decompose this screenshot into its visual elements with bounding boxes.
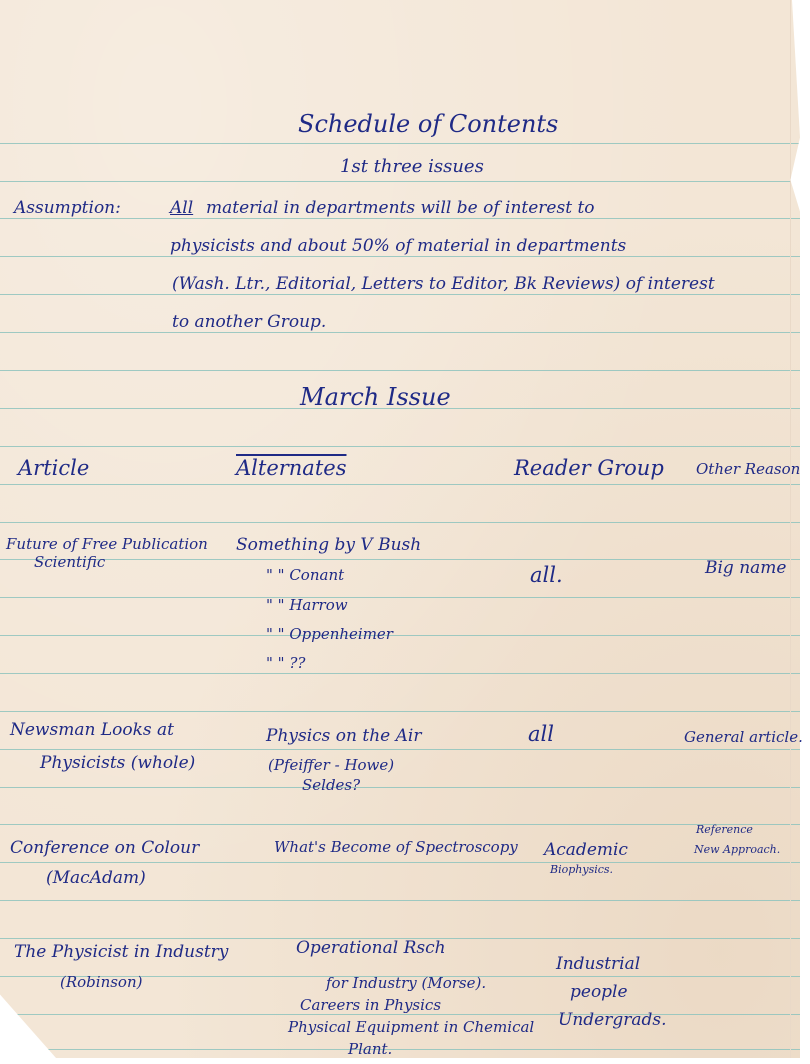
reader-group-cell: Undergrads. <box>558 1012 667 1029</box>
ruled-line <box>0 862 800 863</box>
ruled-line <box>0 1049 800 1050</box>
alternate-cell: Seldes? <box>302 778 360 793</box>
alternate-cell: " " Conant <box>266 568 344 583</box>
ruled-line <box>0 446 800 447</box>
ruled-line <box>0 256 800 257</box>
right-margin-line <box>790 0 791 1058</box>
page-subtitle: 1st three issues <box>340 158 484 176</box>
article-cell: (MacAdam) <box>46 870 146 887</box>
alternate-cell: Something by V Bush <box>236 537 421 554</box>
alternate-cell: Physical Equipment in Chemical <box>288 1020 534 1035</box>
reader-group-cell: all <box>528 724 554 745</box>
alternate-cell: Careers in Physics <box>300 998 441 1013</box>
ruled-line <box>0 900 800 901</box>
page-title: Schedule of Contents <box>298 112 558 136</box>
other-reason-cell: New Approach. <box>694 844 780 855</box>
alternate-cell: What's Become of Spectroscopy <box>274 840 518 855</box>
ruled-line <box>0 597 800 598</box>
alternate-cell: for Industry (Morse). <box>326 976 486 991</box>
ruled-line <box>0 787 800 788</box>
section-heading: March Issue <box>300 385 451 409</box>
column-header-other-reason: Other Reason <box>696 462 800 477</box>
reader-group-cell: Biophysics. <box>550 864 613 875</box>
ruled-line <box>0 181 800 182</box>
article-cell: Physicists (whole) <box>40 755 195 772</box>
ruled-line <box>0 559 800 560</box>
alternate-cell: " " Harrow <box>266 598 348 613</box>
ruled-line <box>0 332 800 333</box>
ruled-line <box>0 749 800 750</box>
assumption-line: material in departments will be of inter… <box>206 200 595 217</box>
alternate-cell: " " ?? <box>266 656 305 671</box>
assumption-line: (Wash. Ltr., Editorial, Letters to Edito… <box>172 276 715 293</box>
reader-group-cell: people <box>570 984 628 1001</box>
article-cell: The Physicist in Industry <box>14 944 228 961</box>
column-header-article: Article <box>18 458 89 479</box>
column-header-alternates: Alternates <box>236 458 346 479</box>
ruled-line <box>0 370 800 371</box>
alternate-cell: Plant. <box>348 1042 392 1057</box>
ruled-line <box>0 143 800 144</box>
column-header-reader-group: Reader Group <box>514 458 664 479</box>
assumption-line: to another Group. <box>172 314 326 331</box>
alternate-cell: " " Oppenheimer <box>266 627 393 642</box>
reader-group-cell: Academic <box>544 842 628 859</box>
alternate-cell: (Pfeiffer - Howe) <box>268 758 394 773</box>
article-cell: Newsman Looks at <box>10 722 174 739</box>
ruled-line <box>0 673 800 674</box>
ruled-line <box>0 1014 800 1015</box>
article-cell: (Robinson) <box>60 975 142 990</box>
ruled-line <box>0 218 800 219</box>
ruled-line <box>0 711 800 712</box>
article-cell: Conference on Colour <box>10 840 199 857</box>
ruled-line <box>0 484 800 485</box>
alternate-cell: Physics on the Air <box>266 728 421 745</box>
ruled-line <box>0 635 800 636</box>
reader-group-cell: all. <box>530 565 563 586</box>
reader-group-cell: Industrial <box>556 956 640 973</box>
ruled-line <box>0 522 800 523</box>
article-cell: Scientific <box>34 555 105 570</box>
assumption-emphasis: All <box>170 200 193 217</box>
other-reason-cell: Big name <box>705 560 786 577</box>
other-reason-cell: Reference <box>696 824 753 835</box>
other-reason-cell: General article. <box>684 730 803 745</box>
ruled-line <box>0 824 800 825</box>
article-cell: Future of Free Publication <box>6 537 208 552</box>
ruled-line <box>0 294 800 295</box>
assumption-label: Assumption: <box>14 200 121 217</box>
alternate-cell: Operational Rsch <box>296 940 446 957</box>
assumption-line: physicists and about 50% of material in … <box>170 238 626 255</box>
